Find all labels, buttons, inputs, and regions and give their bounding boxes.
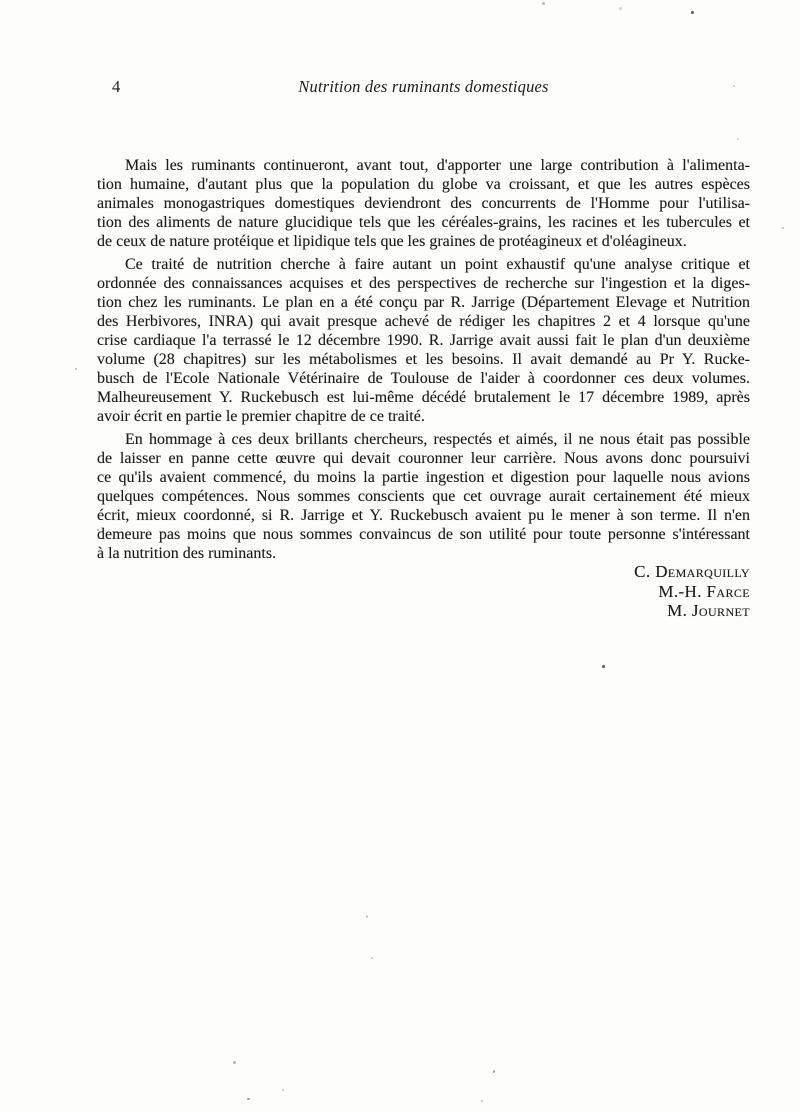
text-line: Mais les ruminants continueront, avant t… [97,156,750,175]
text-line: à la nutrition des ruminants. [97,544,750,563]
text-line: tion chez les ruminants. Le plan en a ét… [97,293,750,312]
scan-speck [75,368,77,370]
text-line: quelques compétences. Nous sommes consci… [97,487,750,506]
text-line: des Herbivores, INRA) qui avait presque … [97,312,750,331]
scan-speck [619,7,622,10]
text-line: En hommage à ces deux brillants chercheu… [97,430,750,449]
scan-speck [371,957,373,959]
preface-text: Mais les ruminants continueront, avant t… [97,156,750,567]
text-line: Ce traité de nutrition cherche à faire a… [97,255,750,274]
scan-speck [366,915,368,918]
paragraph-1: Mais les ruminants continueront, avant t… [97,156,750,251]
scan-speck [233,1061,236,1064]
text-line: crise cardiaque l'a terrassé le 12 décem… [97,331,750,350]
paragraph-2: Ce traité de nutrition cherche à faire a… [97,255,750,426]
signature: C. Demarquilly [634,562,750,582]
text-line: de laisser en panne cette œuvre qui deva… [97,449,750,468]
running-title: Nutrition des ruminants domestiques [97,77,750,97]
signature: M. Journet [634,601,750,621]
signature: M.-H. Farce [634,582,750,602]
scan-speck [737,138,739,140]
text-line: avoir écrit en partie le premier chapitr… [97,407,750,426]
text-line: demeure pas moins que nous sommes convai… [97,525,750,544]
scan-speck [782,227,784,229]
text-line: tion des aliments de nature glucidique t… [97,213,750,232]
text-line: animales monogastriques domestiques devi… [97,194,750,213]
scan-speck [602,665,605,668]
paragraph-3: En hommage à ces deux brillants chercheu… [97,430,750,563]
text-line: ce qu'ils avaient commencé, du moins la … [97,468,750,487]
text-line: ordonnée des connaissances acquises et d… [97,274,750,293]
scan-speck [97,529,99,531]
text-line: busch de l'Ecole Nationale Vétérinaire d… [97,369,750,388]
running-header: 4 Nutrition des ruminants domestiques [97,77,750,97]
scan-speck [481,1100,483,1102]
scan-speck [691,11,694,14]
scan-speck [282,1089,284,1091]
text-line: volume (28 chapitres) sur les métabolism… [97,350,750,369]
book-page: 4 Nutrition des ruminants domestiques Ma… [0,0,800,1112]
scan-speck [493,1070,495,1073]
signature-block: C. Demarquilly M.-H. Farce M. Journet [634,562,750,621]
text-line: écrit, mieux coordonné, si R. Jarrige et… [97,506,750,525]
text-line: tion humaine, d'autant plus que la popul… [97,175,750,194]
text-line: Malheureusement Y. Ruckebusch est lui-mê… [97,388,750,407]
scan-speck [542,2,545,5]
scan-speck [733,85,735,87]
text-line: de ceux de nature protéique et lipidique… [97,232,750,251]
scan-speck [247,1098,250,1100]
